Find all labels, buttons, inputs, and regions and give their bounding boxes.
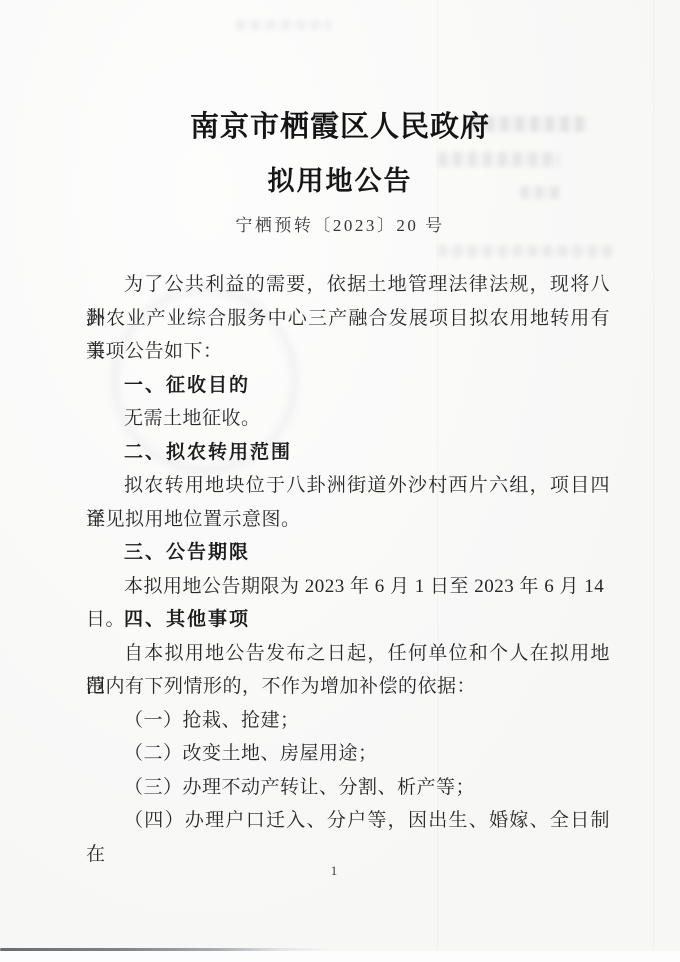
paragraph-line: 事项公告如下： [86, 335, 610, 369]
paragraph-line: 为了公共利益的需要，依据土地管理法律法规，现将八卦 [86, 268, 610, 302]
list-item-line: （二）改变土地、房屋用途； [86, 737, 610, 771]
section-heading: 四、其他事项 [86, 603, 610, 637]
list-item-line: （四）办理户口迁入、分户等，因出生、婚嫁、全日制在 [86, 804, 610, 838]
paragraph-line: 自本拟用地公告发布之日起，任何单位和个人在拟用地范 [86, 637, 610, 671]
bleed-through-mark [438, 245, 613, 257]
page-number: 1 [326, 863, 342, 879]
paragraph-line: 无需土地征收。 [86, 402, 610, 436]
section-heading: 三、公告期限 [86, 536, 610, 570]
document-number: 宁栖预转〔2023〕20 号 [0, 211, 680, 236]
bleed-through-mark [236, 20, 331, 30]
paragraph-line: 详见拟用地位置示意图。 [86, 503, 610, 537]
paragraph-line: 围内有下列情形的，不作为增加补偿的依据： [86, 670, 610, 704]
scanned-document-page: 南京市栖霞区人民政府 拟用地公告 宁栖预转〔2023〕20 号 为了公共利益的需… [0, 0, 680, 962]
list-item-line: （三）办理不动产转让、分割、析产等； [86, 771, 610, 805]
scan-bottom-band [0, 951, 680, 962]
document-title-line1: 南京市栖霞区人民政府 [0, 104, 680, 145]
document-title-line2: 拟用地公告 [0, 159, 680, 198]
paragraph-line: 拟农转用地块位于八卦洲街道外沙村西片六组，项目四至 [86, 469, 610, 503]
paragraph-line: 洲农业产业综合服务中心三产融合发展项目拟农用地转用有关 [86, 302, 610, 336]
section-heading: 二、拟农转用范围 [86, 436, 610, 470]
section-heading: 一、征收目的 [86, 369, 610, 403]
list-item-line: （一）抢栽、抢建； [86, 704, 610, 738]
paragraph-line: 本拟用地公告期限为 2023 年 6 月 1 日至 2023 年 6 月 14 … [86, 570, 610, 604]
document-body: 为了公共利益的需要，依据土地管理法律法规，现将八卦 洲农业产业综合服务中心三产融… [86, 268, 610, 838]
